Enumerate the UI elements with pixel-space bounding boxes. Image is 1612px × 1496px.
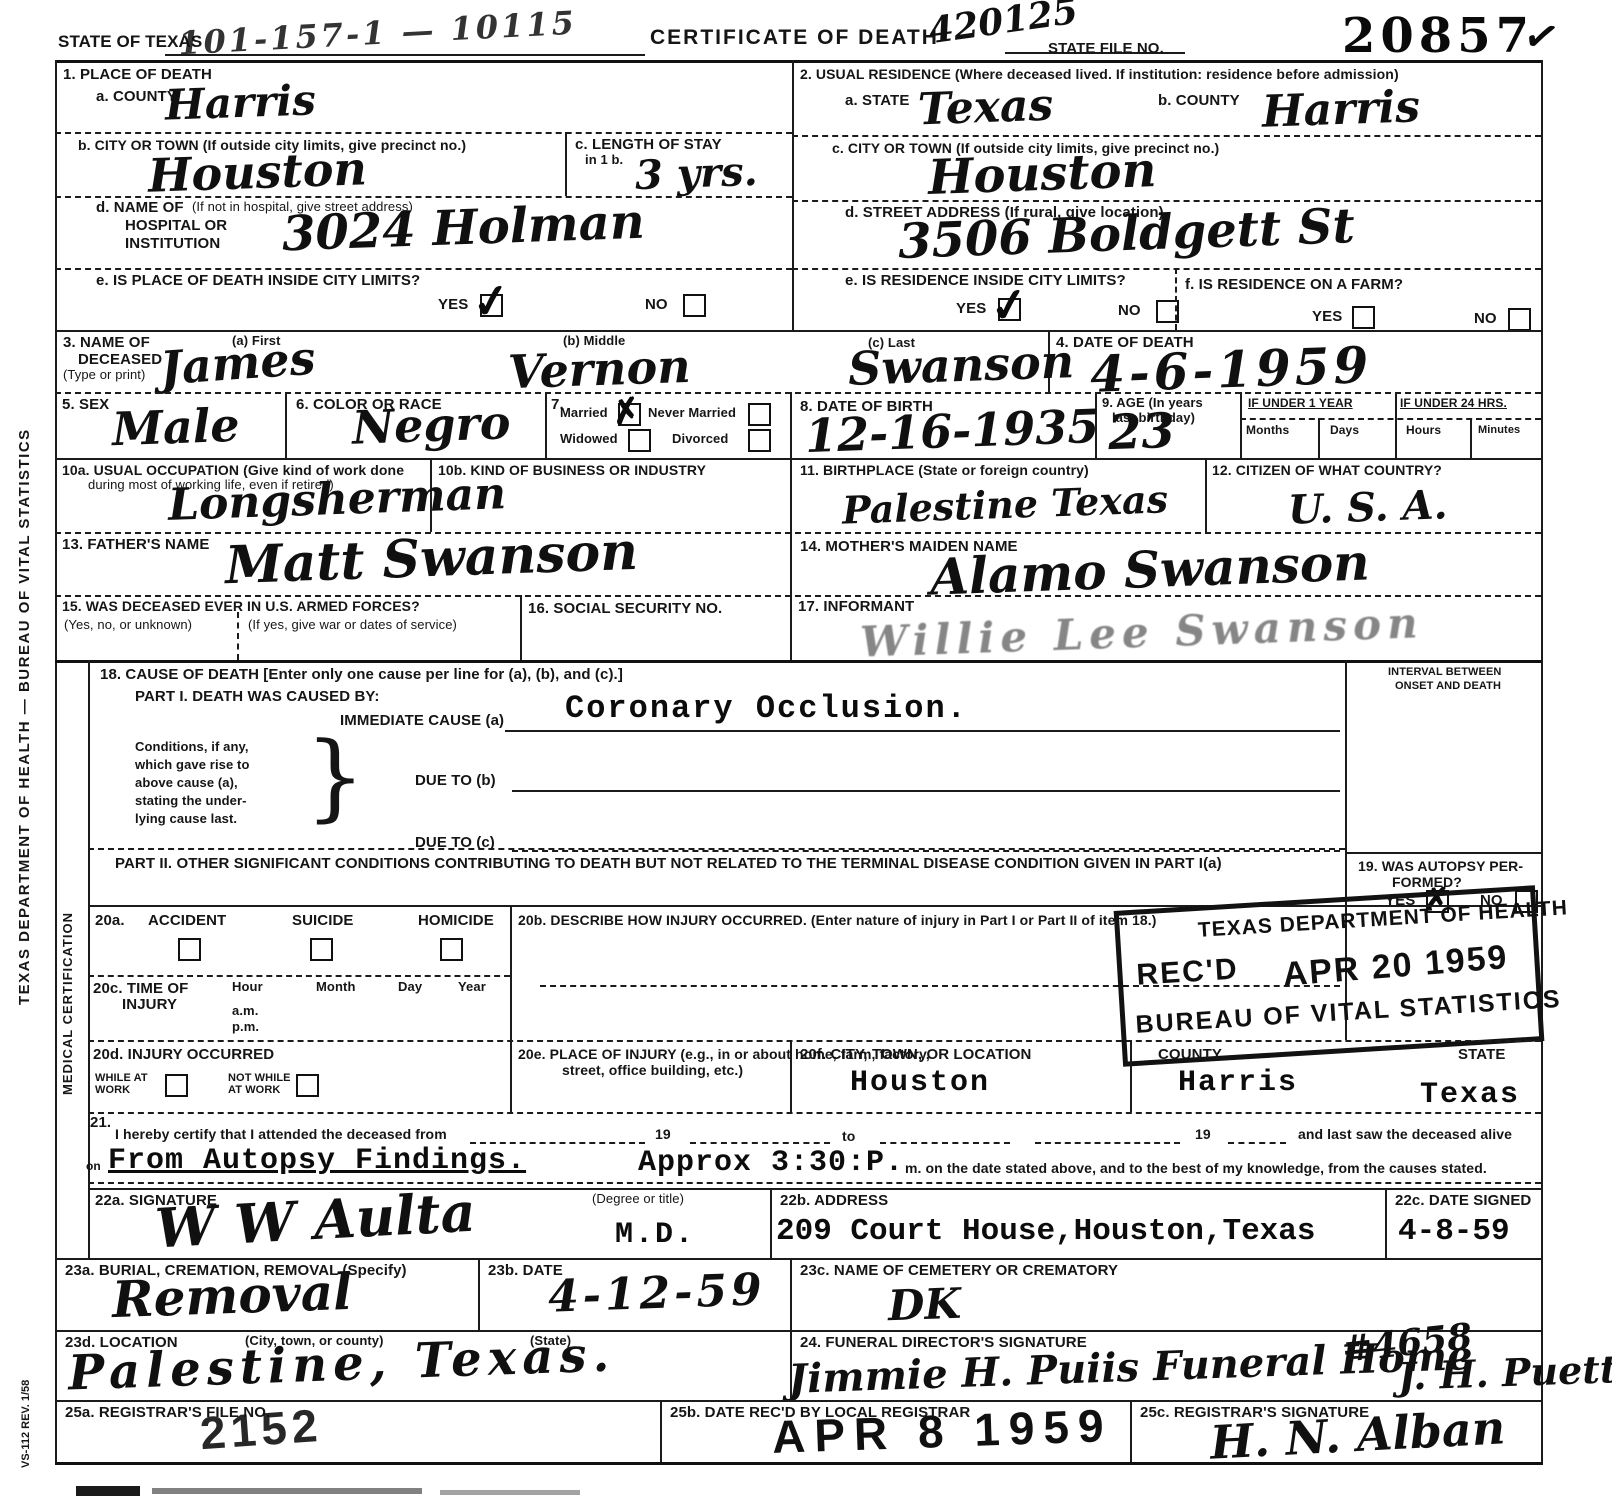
form-line	[1205, 458, 1207, 532]
funeral-director-initials: J. H. Puett	[1397, 1346, 1612, 1399]
form-line	[790, 392, 792, 458]
informant-label: 17. INFORMANT	[798, 598, 914, 615]
conditions-note-2: which gave rise to	[135, 758, 250, 773]
no-label: NO	[645, 296, 668, 313]
scan-artifact	[440, 1490, 580, 1495]
interval-label-1: INTERVAL BETWEEN	[1388, 666, 1501, 679]
form-line	[790, 458, 792, 532]
death-inside-city-limits-label: e. IS PLACE OF DEATH INSIDE CITY LIMITS?	[96, 272, 420, 289]
date-of-birth-value: 12-16-1935	[804, 399, 1100, 463]
form-line	[565, 132, 567, 196]
form-line	[1175, 268, 1177, 330]
form-line	[55, 458, 1541, 460]
form-line	[55, 60, 1543, 63]
while-at-work-label-1: WHILE AT	[95, 1072, 148, 1085]
not-while-at-work-checkbox	[296, 1074, 319, 1097]
date-signed-value: 4-8-59	[1398, 1214, 1510, 1249]
form-line	[545, 392, 547, 458]
year-19-label: 19	[655, 1126, 671, 1142]
form-line	[1385, 1188, 1387, 1258]
address-value: 209 Court House,Houston,Texas	[776, 1214, 1316, 1249]
check-mark: ✗	[609, 390, 644, 434]
residence-inside-city-label: e. IS RESIDENCE INSIDE CITY LIMITS?	[845, 272, 1126, 289]
fathers-name-value: Matt Swanson	[224, 521, 639, 596]
hours-label: Hours	[1406, 424, 1441, 438]
certify-text-1: I hereby certify that I attended the dec…	[115, 1126, 447, 1142]
part1-label: PART I. DEATH WAS CAUSED BY:	[135, 688, 379, 705]
form-line	[792, 200, 1541, 202]
yes-label: YES	[1312, 308, 1342, 325]
time-of-injury-label-2: INJURY	[122, 996, 177, 1013]
suicide-checkbox	[310, 938, 333, 961]
name-of-deceased-label-1: 3. NAME OF	[63, 334, 150, 351]
if-under-1-year-label: IF UNDER 1 YEAR	[1248, 397, 1353, 411]
divorced-label: Divorced	[672, 432, 728, 447]
form-line	[790, 532, 792, 595]
first-name-value: James	[158, 331, 317, 396]
margin-form-code: VS-112 REV. 1/58	[20, 1368, 32, 1468]
homicide-label: HOMICIDE	[418, 912, 494, 929]
address-label: 22b. ADDRESS	[780, 1192, 888, 1209]
form-line	[1470, 418, 1472, 458]
residence-city-value: Houston	[927, 142, 1157, 206]
hospital-value: 3024 Holman	[281, 194, 645, 263]
burial-value: Removal	[111, 1262, 353, 1329]
form-line	[792, 268, 1541, 270]
form-line	[660, 1400, 662, 1462]
degree-or-title-label: (Degree or title)	[592, 1192, 684, 1207]
last-name-value: Swanson	[847, 334, 1075, 396]
form-line	[55, 196, 792, 198]
year-label: Year	[458, 980, 486, 995]
scan-artifact	[76, 1486, 140, 1496]
form-line	[512, 850, 1340, 852]
year-19-label: 19	[1195, 1126, 1211, 1142]
form-line	[88, 848, 1345, 850]
death-certificate-scan: TEXAS DEPARTMENT OF HEALTH — BUREAU OF V…	[0, 0, 1612, 1496]
item-20a-label: 20a.	[95, 912, 125, 929]
margin-medical-certification-text: MEDICAL CERTIFICATION	[60, 845, 75, 1095]
form-line	[88, 1040, 1541, 1042]
on-label: on	[86, 1160, 101, 1174]
cemetery-value: DK	[887, 1279, 962, 1331]
form-line	[285, 392, 287, 458]
minutes-label: Minutes	[1478, 424, 1520, 437]
form-line	[1228, 1142, 1286, 1144]
degree-value: M.D.	[615, 1218, 695, 1252]
form-line	[55, 132, 792, 134]
brace-glyph: }	[305, 730, 365, 825]
divorced-checkbox	[748, 429, 771, 452]
burial-date-value: 4-12-59	[547, 1264, 766, 1323]
form-line	[1130, 1040, 1132, 1112]
sex-value: Male	[111, 398, 240, 456]
citizen-value: U. S. A.	[1287, 481, 1448, 534]
farm-yes-checkbox	[1352, 306, 1375, 329]
never-married-checkbox	[748, 403, 771, 426]
farm-no-checkbox	[1508, 308, 1531, 331]
check-mark: ✓	[986, 276, 1032, 335]
city-value: Houston	[147, 141, 368, 203]
while-at-work-label-2: WORK	[95, 1084, 130, 1097]
accident-label: ACCIDENT	[148, 912, 226, 929]
married-label: Married	[560, 406, 608, 421]
place-of-injury-label-2: street, office building, etc.)	[562, 1062, 743, 1078]
hour-label: Hour	[232, 980, 263, 995]
widowed-label: Widowed	[560, 432, 618, 447]
form-line	[790, 1258, 792, 1330]
form-line	[88, 1112, 1541, 1114]
form-line	[55, 268, 792, 270]
describe-injury-label: 20b. DESCRIBE HOW INJURY OCCURRED. (Ente…	[518, 912, 1157, 928]
fathers-name-label: 13. FATHER'S NAME	[62, 536, 210, 553]
autopsy-label-1: 19. WAS AUTOPSY PER-	[1358, 858, 1523, 874]
form-line	[55, 392, 1541, 394]
stamp-line-3: BUREAU OF VITAL STATISTICS	[1135, 985, 1563, 1040]
form-line	[792, 135, 1541, 137]
scan-artifact	[152, 1488, 422, 1494]
part2-label: PART II. OTHER SIGNIFICANT CONDITIONS CO…	[115, 855, 1222, 872]
death-inside-city-no-checkbox	[683, 294, 706, 317]
form-line	[1240, 418, 1541, 420]
time-of-injury-label-1: 20c. TIME OF	[93, 980, 188, 997]
attended-from-value: From Autopsy Findings.	[108, 1144, 526, 1178]
cemetery-label: 23c. NAME OF CEMETERY OR CREMATORY	[800, 1262, 1118, 1279]
injury-occurred-label: 20d. INJURY OCCURRED	[93, 1046, 274, 1063]
residence-on-farm-label: f. IS RESIDENCE ON A FARM?	[1185, 276, 1403, 293]
usual-residence-label: 2. USUAL RESIDENCE (Where deceased lived…	[800, 66, 1399, 82]
never-married-label: Never Married	[648, 406, 736, 421]
form-line	[690, 1142, 830, 1144]
armed-forces-note-1: (Yes, no, or unknown)	[64, 618, 192, 633]
due-to-b-label: DUE TO (b)	[415, 772, 496, 789]
yes-label: YES	[956, 300, 986, 317]
day-label: Day	[398, 980, 422, 995]
color-race-value: Negro	[351, 395, 511, 454]
yes-label: YES	[438, 296, 468, 313]
immediate-cause-value: Coronary Occlusion.	[565, 690, 968, 727]
form-line	[510, 905, 512, 1112]
form-line	[520, 595, 522, 660]
form-line	[1318, 418, 1320, 458]
form-line	[880, 1142, 1010, 1144]
form-line	[237, 612, 239, 660]
county-value: Harris	[164, 75, 316, 129]
homicide-checkbox	[440, 938, 463, 961]
middle-name-value: Vernon	[507, 339, 691, 399]
injury-county-value: Harris	[1178, 1066, 1298, 1100]
form-line	[88, 975, 510, 977]
month-label: Month	[316, 980, 355, 995]
birthplace-value: Palestine Texas	[841, 476, 1168, 532]
form-line	[55, 60, 57, 1462]
form-line	[55, 1330, 1541, 1332]
certificate-number: 20857	[1342, 8, 1534, 64]
to-label: to	[842, 1128, 855, 1144]
form-line	[505, 730, 1340, 732]
form-line	[1130, 1400, 1132, 1462]
form-line	[88, 1182, 1541, 1184]
no-label: NO	[1118, 302, 1141, 319]
not-while-at-work-label-1: NOT WHILE	[228, 1072, 291, 1085]
widowed-checkbox	[628, 429, 651, 452]
certify-text-3: m. on the date stated above, and to the …	[905, 1160, 1487, 1176]
form-line	[1035, 1142, 1180, 1144]
hospital-label: d. NAME OF	[96, 199, 184, 216]
while-at-work-checkbox	[165, 1074, 188, 1097]
form-line	[478, 1258, 480, 1330]
accident-checkbox	[178, 938, 201, 961]
form-line	[55, 660, 1541, 663]
no-label: NO	[1474, 310, 1497, 327]
conditions-note-4: stating the under-	[135, 794, 247, 809]
armed-forces-note-2: (If yes, give war or dates of service)	[248, 618, 457, 633]
item-21-label: 21.	[90, 1114, 111, 1131]
am-label: a.m.	[232, 1004, 258, 1019]
residence-state-label: a. STATE	[845, 92, 909, 109]
cause-of-death-label: 18. CAUSE OF DEATH [Enter only one cause…	[100, 666, 623, 683]
length-of-stay-sub: in 1 b.	[585, 153, 623, 168]
certify-text-2: and last saw the deceased alive	[1298, 1126, 1512, 1142]
injury-state-value: Texas	[1420, 1078, 1520, 1112]
time-of-death-value: Approx 3:30:P.	[638, 1146, 904, 1180]
form-line	[790, 595, 792, 660]
not-while-at-work-label-2: AT WORK	[228, 1084, 280, 1097]
form-line	[1240, 392, 1242, 458]
residence-county-value: Harris	[1261, 81, 1421, 137]
conditions-note-3: above cause (a),	[135, 776, 238, 791]
sex-label: 5. SEX	[62, 396, 109, 413]
date-signed-label: 22c. DATE SIGNED	[1395, 1192, 1531, 1209]
form-line	[1395, 392, 1397, 458]
form-line	[512, 790, 1340, 792]
injury-county-label: COUNTY	[1158, 1046, 1222, 1063]
injury-city-value: Houston	[850, 1066, 990, 1100]
injury-city-label: 20f. CITY, TOWN, OR LOCATION	[800, 1046, 1031, 1063]
armed-forces-label: 15. WAS DECEASED EVER IN U.S. ARMED FORC…	[62, 598, 420, 614]
stamp-recd: REC'D	[1136, 953, 1240, 993]
if-under-24-hrs-label: IF UNDER 24 HRS.	[1400, 397, 1507, 411]
stamp-line-1: TEXAS DEPARTMENT OF HEALTH	[1197, 896, 1568, 943]
form-line	[55, 330, 1541, 332]
length-of-stay-value: 3 yrs.	[634, 148, 758, 199]
stamp-date: APR 20 1959	[1281, 938, 1510, 995]
form-line	[1541, 60, 1543, 1462]
days-label: Days	[1330, 424, 1359, 438]
pm-label: p.m.	[232, 1020, 259, 1035]
date-recd-value: APR 8 1959	[771, 1398, 1113, 1464]
form-line	[1345, 852, 1541, 854]
form-line	[55, 1258, 1541, 1260]
age-value: 23	[1107, 403, 1176, 461]
months-label: Months	[1246, 424, 1289, 438]
certificate-title: CERTIFICATE OF DEATH	[650, 26, 939, 50]
citizen-label: 12. CITIZEN OF WHAT COUNTRY?	[1212, 462, 1442, 478]
conditions-note-5: lying cause last.	[135, 812, 237, 827]
registrars-file-no-value: 2152	[198, 1398, 324, 1460]
conditions-note-1: Conditions, if any,	[135, 740, 249, 755]
hospital-label-2: HOSPITAL OR	[125, 217, 227, 234]
interval-label-2: ONSET AND DEATH	[1395, 680, 1501, 693]
state-file-no-label: STATE FILE NO.	[1048, 40, 1164, 57]
residence-county-label: b. COUNTY	[1158, 92, 1240, 109]
form-line	[770, 1188, 772, 1258]
form-line	[55, 595, 1541, 597]
business-industry-label: 10b. KIND OF BUSINESS OR INDUSTRY	[438, 462, 706, 478]
ssn-label: 16. SOCIAL SECURITY NO.	[528, 600, 722, 617]
birthplace-label: 11. BIRTHPLACE (State or foreign country…	[800, 462, 1089, 478]
informant-value: Willie Lee Swanson	[859, 598, 1424, 667]
form-line	[792, 60, 794, 330]
hospital-label-3: INSTITUTION	[125, 235, 220, 252]
margin-agency-text: TEXAS DEPARTMENT OF HEALTH — BUREAU OF V…	[16, 235, 33, 1005]
suicide-label: SUICIDE	[292, 912, 354, 929]
residence-state-value: Texas	[917, 80, 1054, 136]
check-mark: ✓	[468, 272, 514, 331]
injury-state-label: STATE	[1458, 1046, 1505, 1063]
name-of-deceased-label-3: (Type or print)	[63, 368, 145, 383]
name-of-deceased-label-2: DECEASED	[78, 351, 162, 368]
